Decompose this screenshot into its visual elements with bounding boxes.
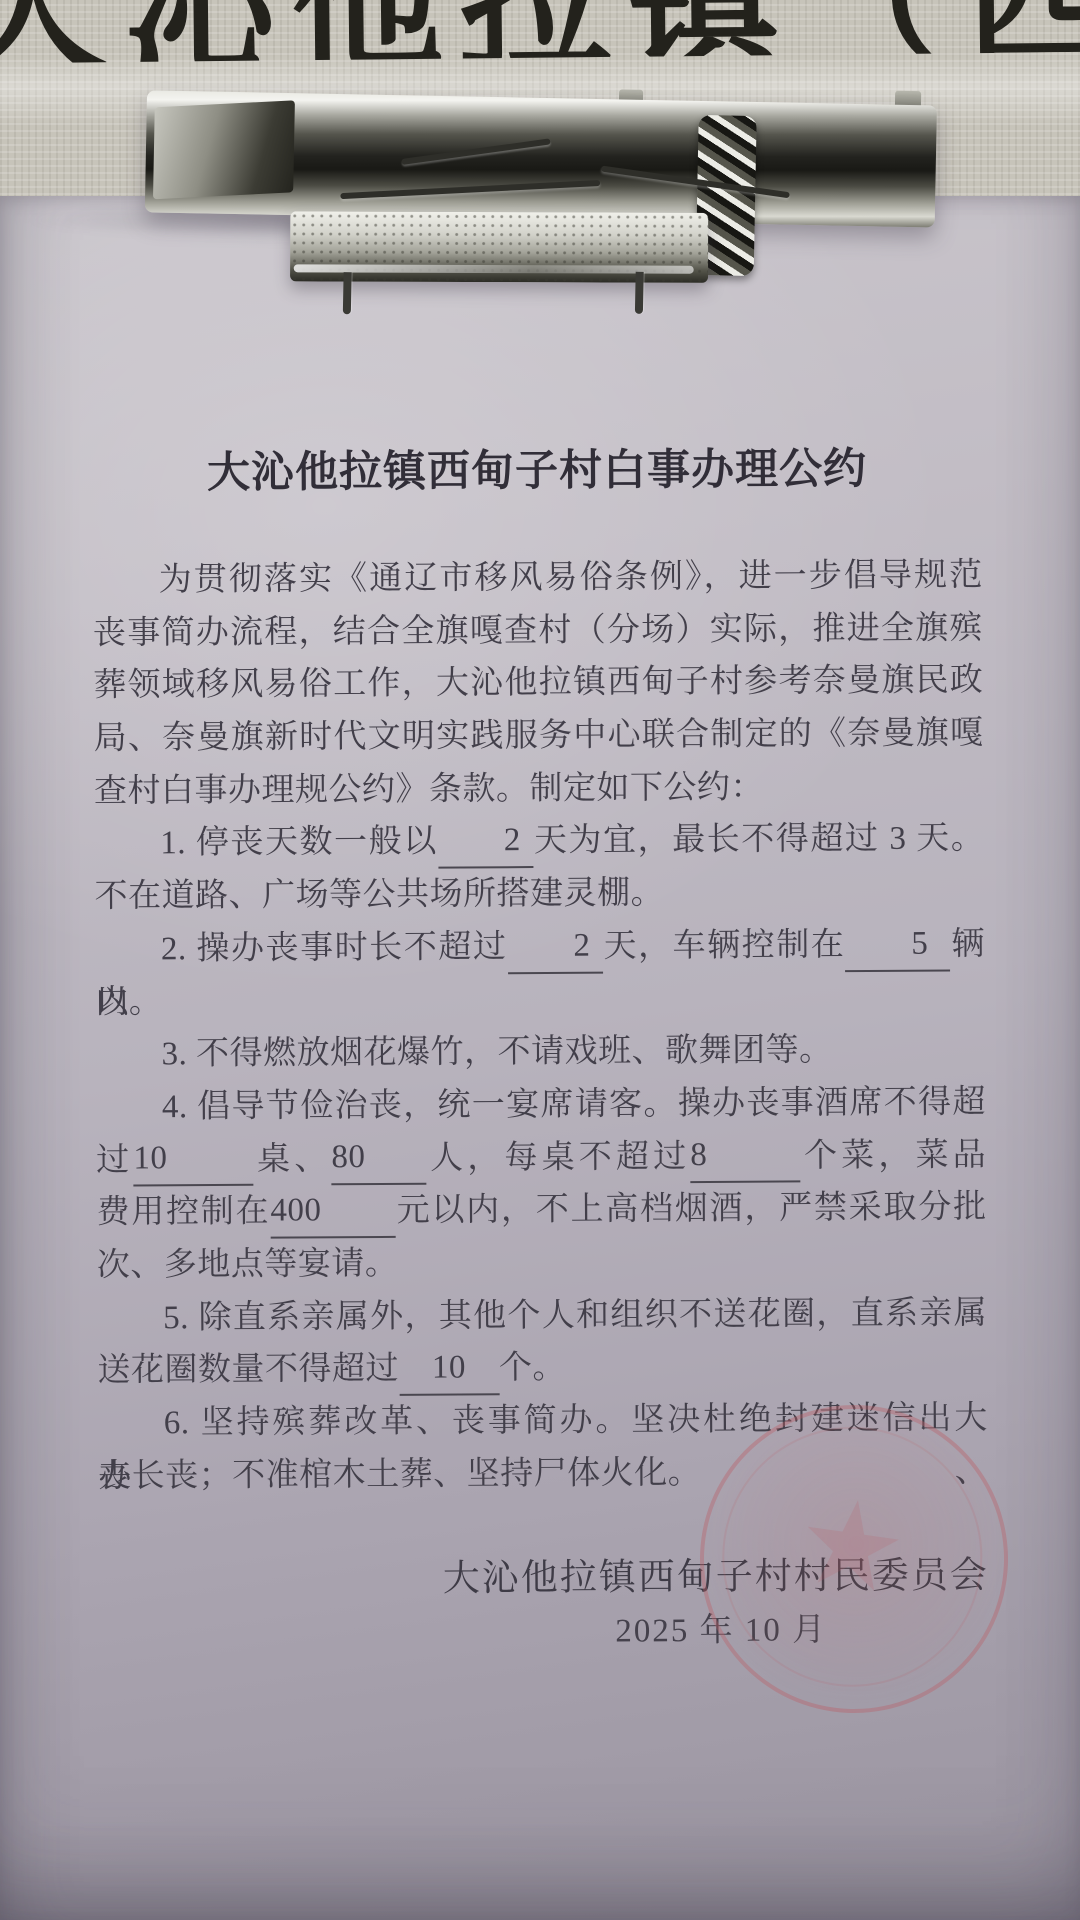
clipboard-clip xyxy=(143,80,947,325)
clip-left-plate xyxy=(153,100,295,199)
text-segment: 个。 xyxy=(499,1350,566,1386)
text-line: 为贯彻落实《通辽市移风易俗条例》，进一步倡导规范 xyxy=(93,549,983,607)
photographed-document-page: 大沁他拉镇（西甸子村）白事公约 大沁他拉镇西甸子村白事办理公约 为贯彻落实《通辽… xyxy=(0,0,1080,1920)
text-segment: 局、奈曼旗新时代文明实践服务中心联合制定的《奈曼旗嘎 xyxy=(94,715,984,756)
fill-in-blank: 8 xyxy=(690,1133,800,1184)
text-line: 送花圈数量不得超过10个。 xyxy=(97,1340,987,1398)
text-line: 5. 除直系亲属外，其他个人和组织不送花圈，直系亲属 xyxy=(97,1287,987,1345)
text-line: 查村白事办理规公约》条款。制定如下公约： xyxy=(94,760,984,818)
clip-clamp-highlight xyxy=(294,264,694,273)
text-line: 次、多地点等宴请。 xyxy=(97,1234,987,1292)
text-segment: 丧事简办流程，结合全旗嘎查村（分场）实际，推进全旗殡 xyxy=(93,610,983,651)
text-line: 局、奈曼旗新时代文明实践服务中心联合制定的《奈曼旗嘎 xyxy=(93,707,983,765)
fill-in-blank: 5 xyxy=(845,921,950,972)
text-segment: 元以内，不上高档烟酒，严禁采取分批 xyxy=(395,1190,986,1230)
text-segment: 1. 停丧天数一般以 xyxy=(160,824,438,862)
fill-in-blank: 400 xyxy=(270,1188,395,1239)
text-segment: 次、多地点等宴请。 xyxy=(97,1246,399,1284)
text-line: 2. 操办丧事时长不超过2天，车辆控制在5辆以 xyxy=(95,918,985,976)
text-line: 4. 倡导节俭治丧，统一宴席请客。操办丧事酒席不得超 xyxy=(96,1076,986,1134)
text-segment: 不在道路、广场等公共场所搭建灵棚。 xyxy=(94,875,664,914)
document-title: 大沁他拉镇西甸子村白事办理公约 xyxy=(92,434,982,500)
text-segment: 5. 除直系亲属外，其他个人和组织不送花圈，直系亲属 xyxy=(163,1295,987,1336)
fill-in-blank: 80 xyxy=(331,1135,426,1186)
text-line: 内。 xyxy=(95,971,985,1029)
text-line: 丧事简办流程，结合全旗嘎查村（分场）实际，推进全旗殡 xyxy=(93,602,983,660)
text-segment: 3. 不得燃放烟花爆竹，不请戏班、歌舞团等。 xyxy=(161,1032,832,1072)
text-line: 不在道路、广场等公共场所搭建灵棚。 xyxy=(94,865,984,923)
fill-in-blank: 2 xyxy=(507,923,602,974)
text-segment: 桌、 xyxy=(253,1141,331,1177)
fill-in-blank: 10 xyxy=(133,1136,253,1187)
text-line: 1. 停丧天数一般以2天为宜，最长不得超过 3 天。 xyxy=(94,813,984,871)
text-segment: 为贯彻落实《通辽市移风易俗条例》，进一步倡导规范 xyxy=(159,557,983,598)
text-segment: 内。 xyxy=(95,984,162,1020)
text-segment: 查村白事办理规公约》条款。制定如下公约： xyxy=(94,769,764,809)
text-segment: 人，每桌不超过 xyxy=(426,1139,690,1177)
fill-in-blank: 10 xyxy=(399,1345,499,1396)
text-segment: 天，车辆控制在 xyxy=(602,927,845,964)
seal-star-icon: ★ xyxy=(790,1480,913,1614)
fill-in-blank: 2 xyxy=(438,818,533,869)
text-line: 葬领域移风易俗工作，大沁他拉镇西甸子村参考奈曼旗民政 xyxy=(93,655,983,713)
text-segment: 天为宜，最长不得超过 3 天。 xyxy=(533,821,985,860)
text-line: 费用控制在400元以内，不上高档烟酒，严禁采取分批 xyxy=(96,1182,986,1240)
text-segment: 过 xyxy=(96,1142,133,1178)
text-segment: 费用控制在 xyxy=(96,1194,270,1231)
clip-wire-prong xyxy=(635,272,644,314)
text-segment: 个菜，菜品 xyxy=(800,1137,986,1174)
text-segment: 2. 操办丧事时长不超过 xyxy=(161,929,508,967)
clip-wire-prong xyxy=(343,272,352,314)
text-segment: 办长丧；不准棺木土葬、坚持尸体火化。 xyxy=(98,1455,701,1495)
text-line: 3. 不得燃放烟花爆竹，不请戏班、歌舞团等。 xyxy=(95,1023,985,1081)
text-line: 过10桌、80人，每桌不超过8个菜，菜品 xyxy=(96,1129,986,1187)
text-segment: 葬领域移风易俗工作，大沁他拉镇西甸子村参考奈曼旗民政 xyxy=(93,663,983,704)
text-segment: 4. 倡导节俭治丧，统一宴席请客。操办丧事酒席不得超 xyxy=(162,1084,986,1125)
text-segment: 送花圈数量不得超过 xyxy=(97,1351,399,1389)
